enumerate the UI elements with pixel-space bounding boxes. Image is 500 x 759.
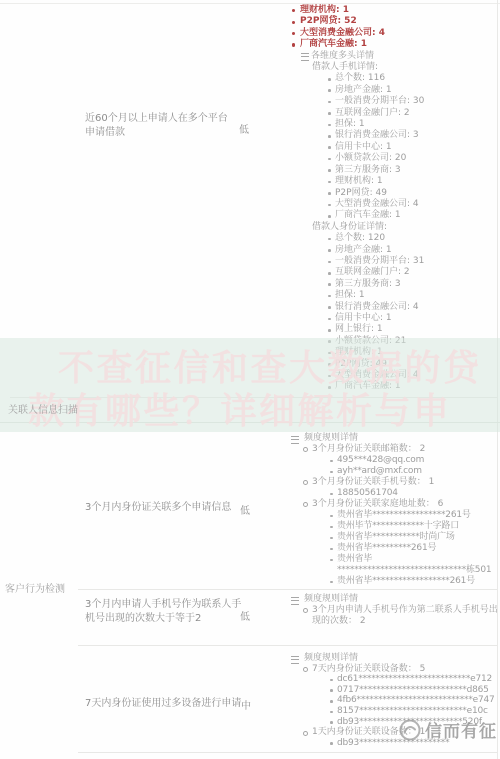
list-item: 网上银行: 1 [290,324,498,335]
bullet-icon [330,460,333,463]
list-item-label: 厂商汽车金融: 1 [335,210,401,220]
brand-watermark-text: 信而有征 [425,717,497,742]
frequency-value-item: 贵州省毕*********261号 [290,543,498,554]
frequency-value-item: 贵州省毕*****************261号 [290,510,498,521]
list-item-label: 信用卡中心: 1 [335,313,392,323]
frequency-value-item: 8157*************************e10c [290,706,498,717]
frequency-value-item: ayh**ard@mxf.com [290,466,498,477]
detail-header-label: 频度规则详情 [304,653,358,663]
frequency-rule-text: 3个月身份证关联手机号数： 1 [312,477,434,487]
bullet-icon [330,721,333,724]
frequency-value-text: 495***428@qq.com [337,455,424,465]
bullet-icon [330,559,333,562]
circle-marker-icon [303,731,308,736]
list-item-label: 网上银行: 1 [335,324,383,334]
list-item-label: 总个数: 120 [335,233,385,243]
list-item-label: 互联网金融门户: 2 [335,108,410,118]
row-divider [78,752,497,753]
list-item: 理财机构: 1 [290,176,498,187]
list-item-label: 银行消费金融公司: 4 [335,302,419,312]
list-item: 担保: 1 [290,119,498,130]
frequency-value-item: 0717*************************d865 [290,685,498,696]
list-item-label: 担保: 1 [335,290,365,300]
top-border-line [0,3,500,4]
frequency-value-text: 贵州省毕******************************栋501 [337,554,491,575]
frequency-rule-label: 7天内身份证关联设备数： 5 [290,664,498,675]
list-item: 信用卡中心: 1 [290,313,498,324]
bullet-icon [328,272,331,275]
list-item: 互联网金融门户: 2 [290,108,498,119]
frequency-value-text: 贵州毕节************十字路口 [337,521,459,531]
bullet-icon [330,548,333,551]
list-item: 理财机构: 1 [290,5,498,16]
list-item: P2P网贷: 52 [290,16,498,27]
bullet-icon [328,101,331,104]
list-item-label: 大型消费金融公司: 4 [335,199,419,209]
list-item-label: 信用卡中心: 1 [335,142,392,152]
list-item: 一般消费分期平台: 30 [290,96,498,107]
frequency-value-text: 4fb6***************************e747 [337,695,495,705]
frequency-value-text: 0717*************************d865 [337,685,489,695]
list-item-label: P2P网贷: 52 [300,16,357,26]
bullet-icon [330,537,333,540]
list-item: 厂商汽车金融: 1 [290,210,498,221]
circle-marker-icon [303,667,308,672]
frequency-value-item: 贵州省毕******************261号 [290,576,498,587]
list-item: 房地产金融: 1 [290,85,498,96]
list-item-label: 银行消费金融公司: 3 [335,130,419,140]
list-item-label: 理财机构: 1 [300,5,349,15]
frequency-value-text: ayh**ard@mxf.com [337,466,422,476]
frequency-value-item: 4fb6***************************e747 [290,695,498,706]
brand-logo-icon [398,718,422,742]
list-item: 房地产金融: 1 [290,245,498,256]
bullet-icon [328,249,331,252]
bullet-icon [330,679,333,682]
frequency-detail-panel: 频度规则详情 3个月内申请人手机号作为第二联系人手机号出现的次数： 2 [290,594,500,627]
bullet-icon [328,261,331,264]
frequency-value-text: 贵州省毕*****************261号 [337,510,471,520]
list-item-label: 小额贷款公司: 20 [335,153,406,163]
frequency-value-text: 贵州省毕***********时尚广场 [337,532,455,542]
list-item: 第三方服务商: 3 [290,165,498,176]
frequency-rule-group: 3个月内申请人手机号作为第二联系人手机号出现的次数： 2 [290,605,500,627]
frequency-rule-label: 3个月内申请人手机号作为第二联系人手机号出现的次数： 2 [290,605,500,627]
frequency-value-list: 贵州省毕*****************261号 贵州毕节**********… [290,510,498,587]
list-item: 总个数: 120 [290,233,498,244]
bullet-icon [328,169,331,172]
row-divider [78,645,497,646]
detail-section-header: 频度规则详情 [290,594,500,605]
bullet-icon [330,493,333,496]
bullet-icon [328,181,331,184]
circle-marker-icon [303,608,308,613]
bullet-icon [330,711,333,714]
list-icon [301,53,309,61]
bullet-icon [328,204,331,207]
frequency-value-text: 8157*************************e10c [337,706,488,716]
risk-level-badge: 中 [241,697,251,712]
risk-level-badge: 低 [240,502,250,517]
row-divider [78,589,497,590]
frequency-value-text: 贵州省毕******************261号 [337,576,475,586]
id-detail-title: 借款人身份证详情: [290,222,498,233]
list-icon [291,656,299,664]
bullet-icon [292,32,295,35]
detail-header-label: 频度规则详情 [304,594,358,604]
bullet-icon [328,318,331,321]
bullet-icon [330,471,333,474]
risk-level-badge: 低 [240,608,250,623]
frequency-rule-groups: 3个月身份证关联邮箱数： 2 495***428@qq.com ayh**ard… [290,444,498,587]
section-label-related-person-scan: 关联人信息扫描 [8,401,78,416]
list-item-label: 一般消费分期平台: 31 [335,256,424,266]
list-item: 互联网金融门户: 2 [290,267,498,278]
list-item-label: 理财机构: 1 [335,176,383,186]
frequency-detail-panel: 频度规则详情 3个月身份证关联邮箱数： 2 495***428@qq.com a… [290,433,498,587]
detail-section-header: 频度规则详情 [290,653,498,664]
bullet-icon [328,112,331,115]
list-item-label: 第三方服务商: 3 [335,165,401,175]
frequency-value-list: 495***428@qq.com ayh**ard@mxf.com [290,455,498,477]
list-item: 信用卡中心: 1 [290,142,498,153]
rule-description: 3个月内身份证关联多个申请信息 [85,501,255,515]
frequency-rule-group: 3个月身份证关联家庭地址数： 6 贵州省毕*****************26… [290,499,498,587]
list-item-label: 厂商汽车金融: 1 [300,39,367,49]
bullet-icon [330,700,333,703]
bullet-icon [328,135,331,138]
frequency-value-item: 18850561704 [290,488,498,499]
frequency-value-item: 贵州省毕***********时尚广场 [290,532,498,543]
list-icon [291,436,299,444]
frequency-rule-group: 3个月身份证关联手机号数： 1 18850561704 [290,477,498,499]
bullet-icon [328,146,331,149]
bullet-icon [330,515,333,518]
frequency-rule-label: 3个月身份证关联手机号数： 1 [290,477,498,488]
list-item: 厂商汽车金融: 1 [290,39,498,50]
bullet-icon [328,329,331,332]
bullet-icon [328,89,331,92]
frequency-value-item: dc61**************************e712 [290,674,498,685]
red-alert-list: 理财机构: 1 P2P网贷: 52 大型消费金融公司: 4 厂商汽车金融: 1 [290,5,498,51]
frequency-value-text: 贵州省毕*********261号 [337,543,436,553]
bullet-icon [328,306,331,309]
list-item: 银行消费金融公司: 3 [290,130,498,141]
detail-section-header: 各维度多头详情 [290,51,498,62]
bullet-icon [330,526,333,529]
frequency-value-item: 贵州省毕******************************栋501 [290,554,498,576]
bullet-icon [328,283,331,286]
list-item: P2P网贷: 49 [290,188,498,199]
rule-description: 近60个月以上申请人在多个平台申请借款 [85,112,237,140]
bullet-icon [292,21,295,24]
circle-marker-icon [303,502,308,507]
frequency-rule-label: 3个月身份证关联家庭地址数： 6 [290,499,498,510]
list-item-label: 房地产金融: 1 [335,85,392,95]
bullet-icon [330,742,333,745]
frequency-rule-text: 3个月内申请人手机号作为第二联系人手机号出现的次数： 2 [312,605,498,626]
brand-watermark: 信而有征 [398,717,497,742]
detail-header-label: 各维度多头详情 [311,51,374,61]
bullet-icon [292,9,295,12]
bullet-icon [328,78,331,81]
list-icon [291,597,299,605]
list-item: 小额贷款公司: 20 [290,153,498,164]
bullet-icon [330,689,333,692]
list-item-label: 一般消费分期平台: 30 [335,96,424,106]
credit-risk-report: 近60个月以上申请人在多个平台申请借款 低 理财机构: 1 P2P网贷: 52 … [0,0,500,759]
frequency-value-list: 18850561704 [290,488,498,499]
list-item-label: 大型消费金融公司: 4 [300,28,385,38]
list-item-label: 担保: 1 [335,119,365,129]
phone-detail-title: 借款人手机详情: [290,62,498,73]
frequency-value-text: dc61**************************e712 [337,674,492,684]
bullet-icon [328,295,331,298]
multi-platform-detail-panel: 理财机构: 1 P2P网贷: 52 大型消费金融公司: 4 厂商汽车金融: 1 … [290,5,498,393]
list-item: 大型消费金融公司: 4 [290,28,498,39]
frequency-value-item: 贵州毕节************十字路口 [290,521,498,532]
circle-marker-icon [303,447,308,452]
frequency-rule-text: 3个月身份证关联邮箱数： 2 [312,444,425,454]
detail-header-label: 频度规则详情 [304,433,358,443]
frequency-rule-group: 3个月身份证关联邮箱数： 2 495***428@qq.com ayh**ard… [290,444,498,477]
bullet-icon [328,192,331,195]
bullet-icon [330,581,333,584]
list-item: 大型消费金融公司: 4 [290,199,498,210]
rule-description: 7天内身份证使用过多设备进行申请 [85,697,255,711]
bullet-icon [328,124,331,127]
bullet-icon [328,215,331,218]
watermark-text-line2: 款有哪些？详细解析与申 [28,383,452,434]
frequency-rule-groups: 3个月内申请人手机号作为第二联系人手机号出现的次数： 2 [290,605,500,627]
bullet-icon [328,238,331,241]
rule-description: 3个月内申请人手机号作为联系人手机号出现的次数大于等于2 [85,598,243,626]
list-item-label: P2P网贷: 49 [335,188,387,198]
frequency-value-item: 495***428@qq.com [290,455,498,466]
bullet-icon [292,43,295,46]
list-item: 总个数: 116 [290,73,498,84]
detail-section-header: 频度规则详情 [290,433,498,444]
frequency-rule-label: 3个月身份证关联邮箱数： 2 [290,444,498,455]
bullet-icon [328,158,331,161]
risk-level-badge: 低 [239,121,249,136]
frequency-rule-text: 7天内身份证关联设备数： 5 [312,664,425,674]
list-item: 一般消费分期平台: 31 [290,256,498,267]
list-item-label: 第三方服务商: 3 [335,279,401,289]
list-item-label: 房地产金融: 1 [335,245,392,255]
list-item: 银行消费金融公司: 4 [290,302,498,313]
circle-marker-icon [303,480,308,485]
list-item-label: 互联网金融门户: 2 [335,267,410,277]
phone-detail-list: 总个数: 116 房地产金融: 1 一般消费分期平台: 30 互联网金融门户: … [290,73,498,221]
list-item: 担保: 1 [290,290,498,301]
list-item: 第三方服务商: 3 [290,279,498,290]
list-item-label: 总个数: 116 [335,73,385,83]
section-label-customer-behavior: 客户行为检测 [5,580,65,595]
frequency-value-text: 18850561704 [337,488,398,498]
frequency-rule-text: 3个月身份证关联家庭地址数： 6 [312,499,443,509]
